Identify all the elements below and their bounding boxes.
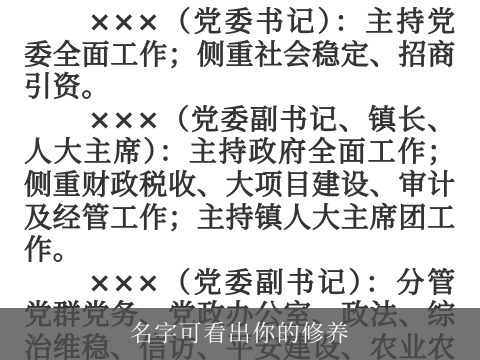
page: ×××（党委书记）：主持党委全面工作；侧重社会稳定、招商引资。×××（党委副书记… — [0, 0, 480, 360]
text-line: ×××（党委副书记）：分管 — [24, 267, 456, 300]
caption-bar: 名字可看出你的修养 — [0, 308, 480, 360]
text-line: 侧重财政税收、大项目建设、审计 — [24, 169, 456, 202]
text-line: 人大主席）：主持政府全面工作； — [24, 136, 456, 169]
text-line: ×××（党委书记）：主持党 — [24, 6, 456, 39]
document-text: ×××（党委书记）：主持党委全面工作；侧重社会稳定、招商引资。×××（党委副书记… — [0, 0, 480, 360]
text-line: 引资。 — [24, 71, 456, 104]
paragraph: ×××（党委书记）：主持党委全面工作；侧重社会稳定、招商引资。 — [24, 6, 456, 104]
text-line: 及经管工作；主持镇人大主席团工 — [24, 202, 456, 235]
caption-text: 名字可看出你的修养 — [130, 323, 351, 346]
text-line: ×××（党委副书记、镇长、 — [24, 104, 456, 137]
text-line: 作。 — [24, 234, 456, 267]
text-line: 委全面工作；侧重社会稳定、招商 — [24, 39, 456, 72]
paragraph: ×××（党委副书记、镇长、人大主席）：主持政府全面工作；侧重财政税收、大项目建设… — [24, 104, 456, 267]
